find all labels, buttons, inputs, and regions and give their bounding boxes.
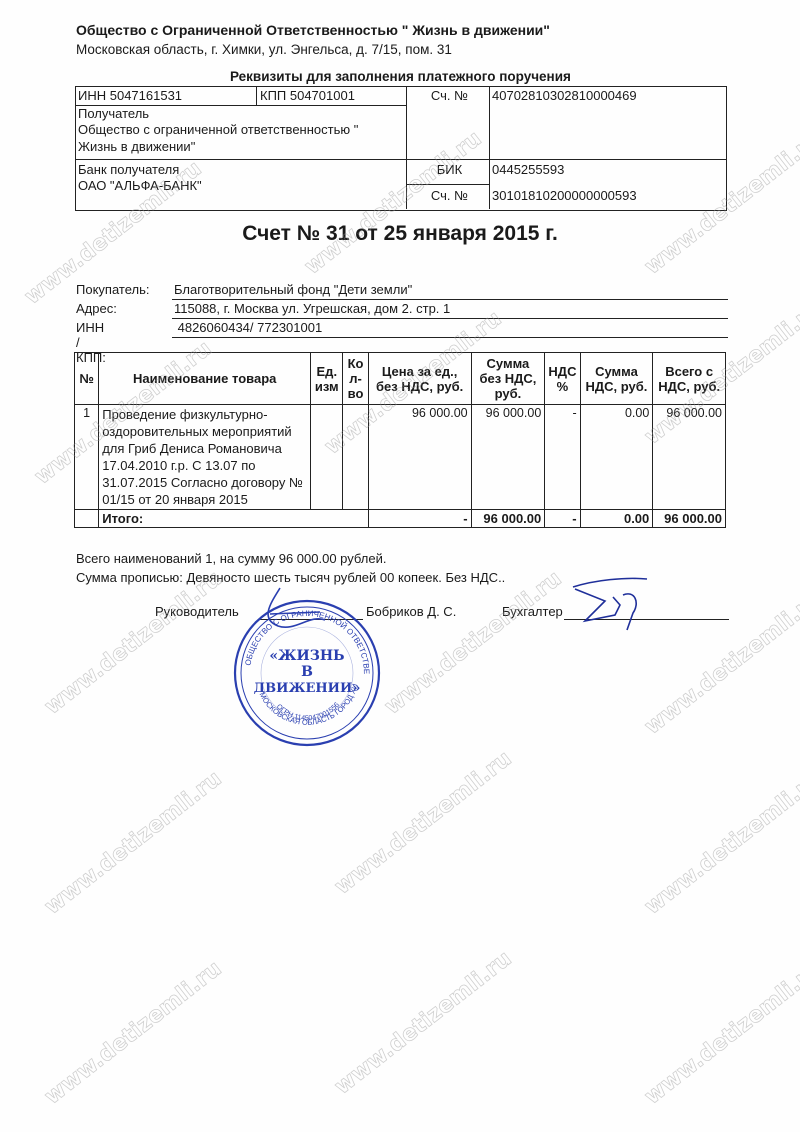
recipient-kpp: КПП 504701001 [258, 88, 355, 104]
director-label: Руководитель [155, 604, 239, 619]
col-header-price: Цена за ед., без НДС, руб. [368, 353, 471, 405]
total-label: Итого: [99, 510, 368, 528]
col-header-vat-pct: НДС % [545, 353, 580, 405]
col-header-sum-no-vat: Сумма без НДС, руб. [471, 353, 545, 405]
recipient-label: Получатель [76, 106, 149, 122]
watermark-text: www.detizemli.ru [330, 946, 517, 1099]
watermark-text: www.detizemli.ru [40, 766, 227, 919]
col-header-vat-sum: Сумма НДС, руб. [580, 353, 653, 405]
items-table: № Наименование товара Ед. изм Ко л- во Ц… [74, 352, 726, 528]
divider [76, 159, 406, 160]
table-header-row: № Наименование товара Ед. изм Ко л- во Ц… [75, 353, 726, 405]
total-empty [75, 510, 99, 528]
organization-address: Московская область, г. Химки, ул. Энгель… [76, 42, 452, 57]
organization-name: Общество с Ограниченной Ответственностью… [76, 22, 550, 38]
row-qty [343, 405, 368, 510]
invoice-title: Счет № 31 от 25 января 2015 г. [0, 222, 800, 246]
row-total: 96 000.00 [653, 405, 726, 510]
row-name: Проведение физкультурно-оздоровительных … [99, 405, 311, 510]
row-sum-no-vat: 96 000.00 [471, 405, 545, 510]
requisites-title: Реквизиты для заполнения платежного пору… [230, 69, 571, 84]
total-sum-no-vat: 96 000.00 [471, 510, 545, 528]
total-row: Итого: - 96 000.00 - 0.00 96 000.00 [75, 510, 726, 528]
divider [406, 184, 489, 185]
corr-account-label: Сч. № [406, 188, 491, 204]
accountant-label: Бухгалтер [502, 604, 563, 619]
total-total: 96 000.00 [653, 510, 726, 528]
recipient-name-line1: Общество с ограниченной ответственностью… [76, 122, 358, 138]
total-vat-sum: 0.00 [580, 510, 653, 528]
recipient-name-line2: Жизнь в движении" [76, 139, 195, 155]
address-label: Адрес: [76, 301, 117, 316]
total-vat-pct: - [545, 510, 580, 528]
corr-account-value: 30101810200000000593 [490, 188, 637, 204]
divider [406, 87, 407, 209]
row-vat-pct: - [545, 405, 580, 510]
recipient-inn: ИНН 5047161531 [76, 88, 182, 104]
summary-items-count: Всего наименований 1, на сумму 96 000.00… [76, 551, 386, 566]
divider [489, 87, 490, 209]
watermark-text: www.detizemli.ru [380, 566, 567, 719]
stamp-center-line1: «ЖИЗНЬ [269, 648, 344, 664]
divider [256, 87, 257, 105]
watermark-text: www.detizemli.ru [40, 566, 227, 719]
bik-label: БИК [406, 162, 491, 178]
table-row: 1 Проведение физкультурно-оздоровительны… [75, 405, 726, 510]
buyer-label: Покупатель: [76, 282, 149, 297]
account-number: 40702810302810000469 [490, 88, 637, 104]
total-price: - [368, 510, 471, 528]
bank-name: ОАО "АЛЬФА-БАНК" [76, 178, 202, 194]
buyer-value: Благотворительный фонд "Дети земли" [172, 282, 728, 300]
address-value: 115088, г. Москва ул. Угрешская, дом 2. … [172, 301, 728, 319]
divider [76, 105, 406, 106]
row-price: 96 000.00 [368, 405, 471, 510]
watermark-text: www.detizemli.ru [640, 956, 800, 1109]
account-label: Сч. № [406, 88, 491, 104]
row-vat-sum: 0.00 [580, 405, 653, 510]
bank-label: Банк получателя [76, 162, 179, 178]
col-header-name: Наименование товара [99, 353, 311, 405]
summary-amount-words: Сумма прописью: Девяносто шесть тысяч ру… [76, 570, 505, 585]
company-stamp: ОБЩЕСТВО С ОГРАНИЧЕННОЙ ОТВЕТСТВЕННОСТЬЮ… [232, 598, 382, 748]
col-header-qty: Ко л- во [343, 353, 368, 405]
watermark-text: www.detizemli.ru [640, 586, 800, 739]
inn-kpp-value: 4826060434/ 772301001 [172, 320, 728, 338]
stamp-center-line2: В [301, 664, 313, 680]
row-num: 1 [75, 405, 99, 510]
divider [406, 159, 726, 160]
watermark-text: www.detizemli.ru [640, 766, 800, 919]
accountant-signature [565, 575, 655, 635]
stamp-center-line3: ДВИЖЕНИИ» [254, 681, 361, 696]
col-header-num: № [75, 353, 99, 405]
col-header-total: Всего с НДС, руб. [653, 353, 726, 405]
bik-value: 0445255593 [490, 162, 564, 178]
col-header-unit: Ед. изм [311, 353, 343, 405]
row-unit [311, 405, 343, 510]
watermark-text: www.detizemli.ru [40, 956, 227, 1109]
watermark-text: www.detizemli.ru [330, 746, 517, 899]
bank-requisites-table: ИНН 5047161531 КПП 504701001 Сч. № 40702… [75, 86, 727, 211]
